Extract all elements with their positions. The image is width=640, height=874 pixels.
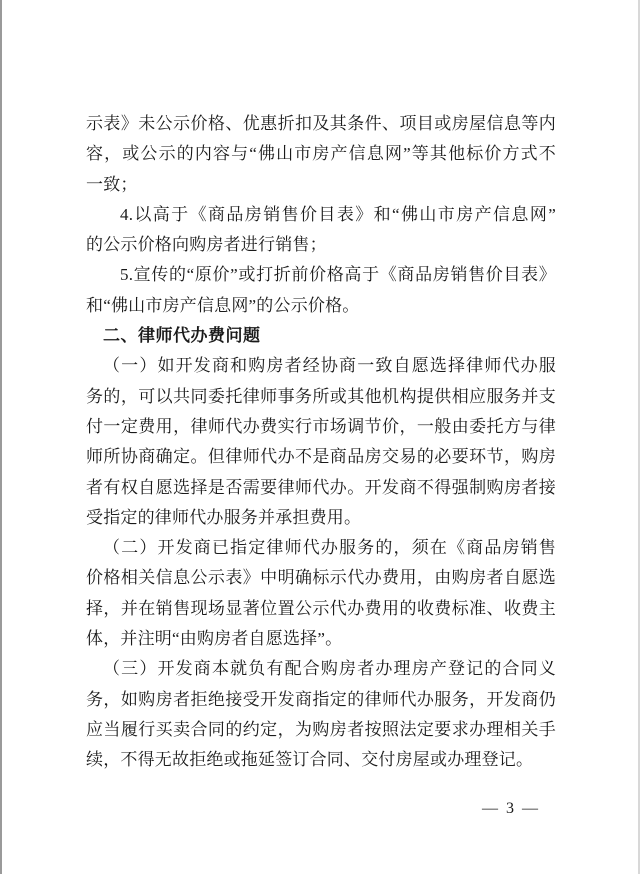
text-line: 的公示价格向购房者进行销售； (86, 230, 556, 260)
text-line: 应当履行买卖合同的约定，为购房者按照法定要求办理相关手 (86, 715, 556, 745)
scanned-document-page: 示表》未公示价格、优惠折扣及其条件、项目或房屋信息等内容，或公示的内容与“佛山市… (0, 0, 640, 874)
text-line: 务的，可以共同委托律师事务所或其他机构提供相应服务并支 (86, 382, 556, 412)
text-line: 择，并在销售现场显著位置公示代办费用的收费标准、收费主 (86, 594, 556, 624)
document-body: 示表》未公示价格、优惠折扣及其条件、项目或房屋信息等内容，或公示的内容与“佛山市… (86, 109, 556, 776)
text-line: 付一定费用，律师代办费实行市场调节价，一般由委托方与律 (86, 412, 556, 442)
text-line: 一致； (86, 170, 556, 200)
paragraph: 5.宣传的“原价”或打折前价格高于《商品房销售价目表》和“佛山市房产信息网”的公… (86, 260, 556, 321)
text-line: 容，或公示的内容与“佛山市房产信息网”等其他标价方式不 (86, 139, 556, 169)
text-line: （二）开发商已指定律师代办服务的，须在《商品房销售 (86, 533, 556, 563)
paragraph: 4.以高于《商品房销售价目表》和“佛山市房产信息网”的公示价格向购房者进行销售； (86, 200, 556, 261)
text-line: 续，不得无故拒绝或拖延签订合同、交付房屋或办理登记。 (86, 745, 556, 775)
text-line: （一）如开发商和购房者经协商一致自愿选择律师代办服 (86, 351, 556, 381)
paragraph: （三）开发商本就负有配合购房者办理房产登记的合同义务，如购房者拒绝接受开发商指定… (86, 654, 556, 775)
paragraph: （一）如开发商和购房者经协商一致自愿选择律师代办服务的，可以共同委托律师事务所或… (86, 351, 556, 533)
text-line: 示表》未公示价格、优惠折扣及其条件、项目或房屋信息等内 (86, 109, 556, 139)
text-line: （三）开发商本就负有配合购房者办理房产登记的合同义 (86, 654, 556, 684)
text-line: 体，并注明“由购房者自愿选择”。 (86, 624, 556, 654)
text-line: 4.以高于《商品房销售价目表》和“佛山市房产信息网” (86, 200, 556, 230)
text-line: 二、律师代办费问题 (86, 321, 556, 351)
text-line: 师所协商确定。但律师代办不是商品房交易的必要环节，购房 (86, 442, 556, 472)
text-line: 和“佛山市房产信息网”的公示价格。 (86, 291, 556, 321)
paragraph: 示表》未公示价格、优惠折扣及其条件、项目或房屋信息等内容，或公示的内容与“佛山市… (86, 109, 556, 200)
text-line: 务，如购房者拒绝接受开发商指定的律师代办服务，开发商仍 (86, 685, 556, 715)
text-line: 受指定的律师代办服务并承担费用。 (86, 503, 556, 533)
text-line: 5.宣传的“原价”或打折前价格高于《商品房销售价目表》 (86, 260, 556, 290)
text-line: 者有权自愿选择是否需要律师代办。开发商不得强制购房者接 (86, 473, 556, 503)
paragraph: （二）开发商已指定律师代办服务的，须在《商品房销售价格相关信息公示表》中明确标示… (86, 533, 556, 654)
page-number: — 3 — (482, 798, 540, 820)
section-heading: 二、律师代办费问题 (86, 321, 556, 351)
text-line: 价格相关信息公示表》中明确标示代办费用，由购房者自愿选 (86, 563, 556, 593)
